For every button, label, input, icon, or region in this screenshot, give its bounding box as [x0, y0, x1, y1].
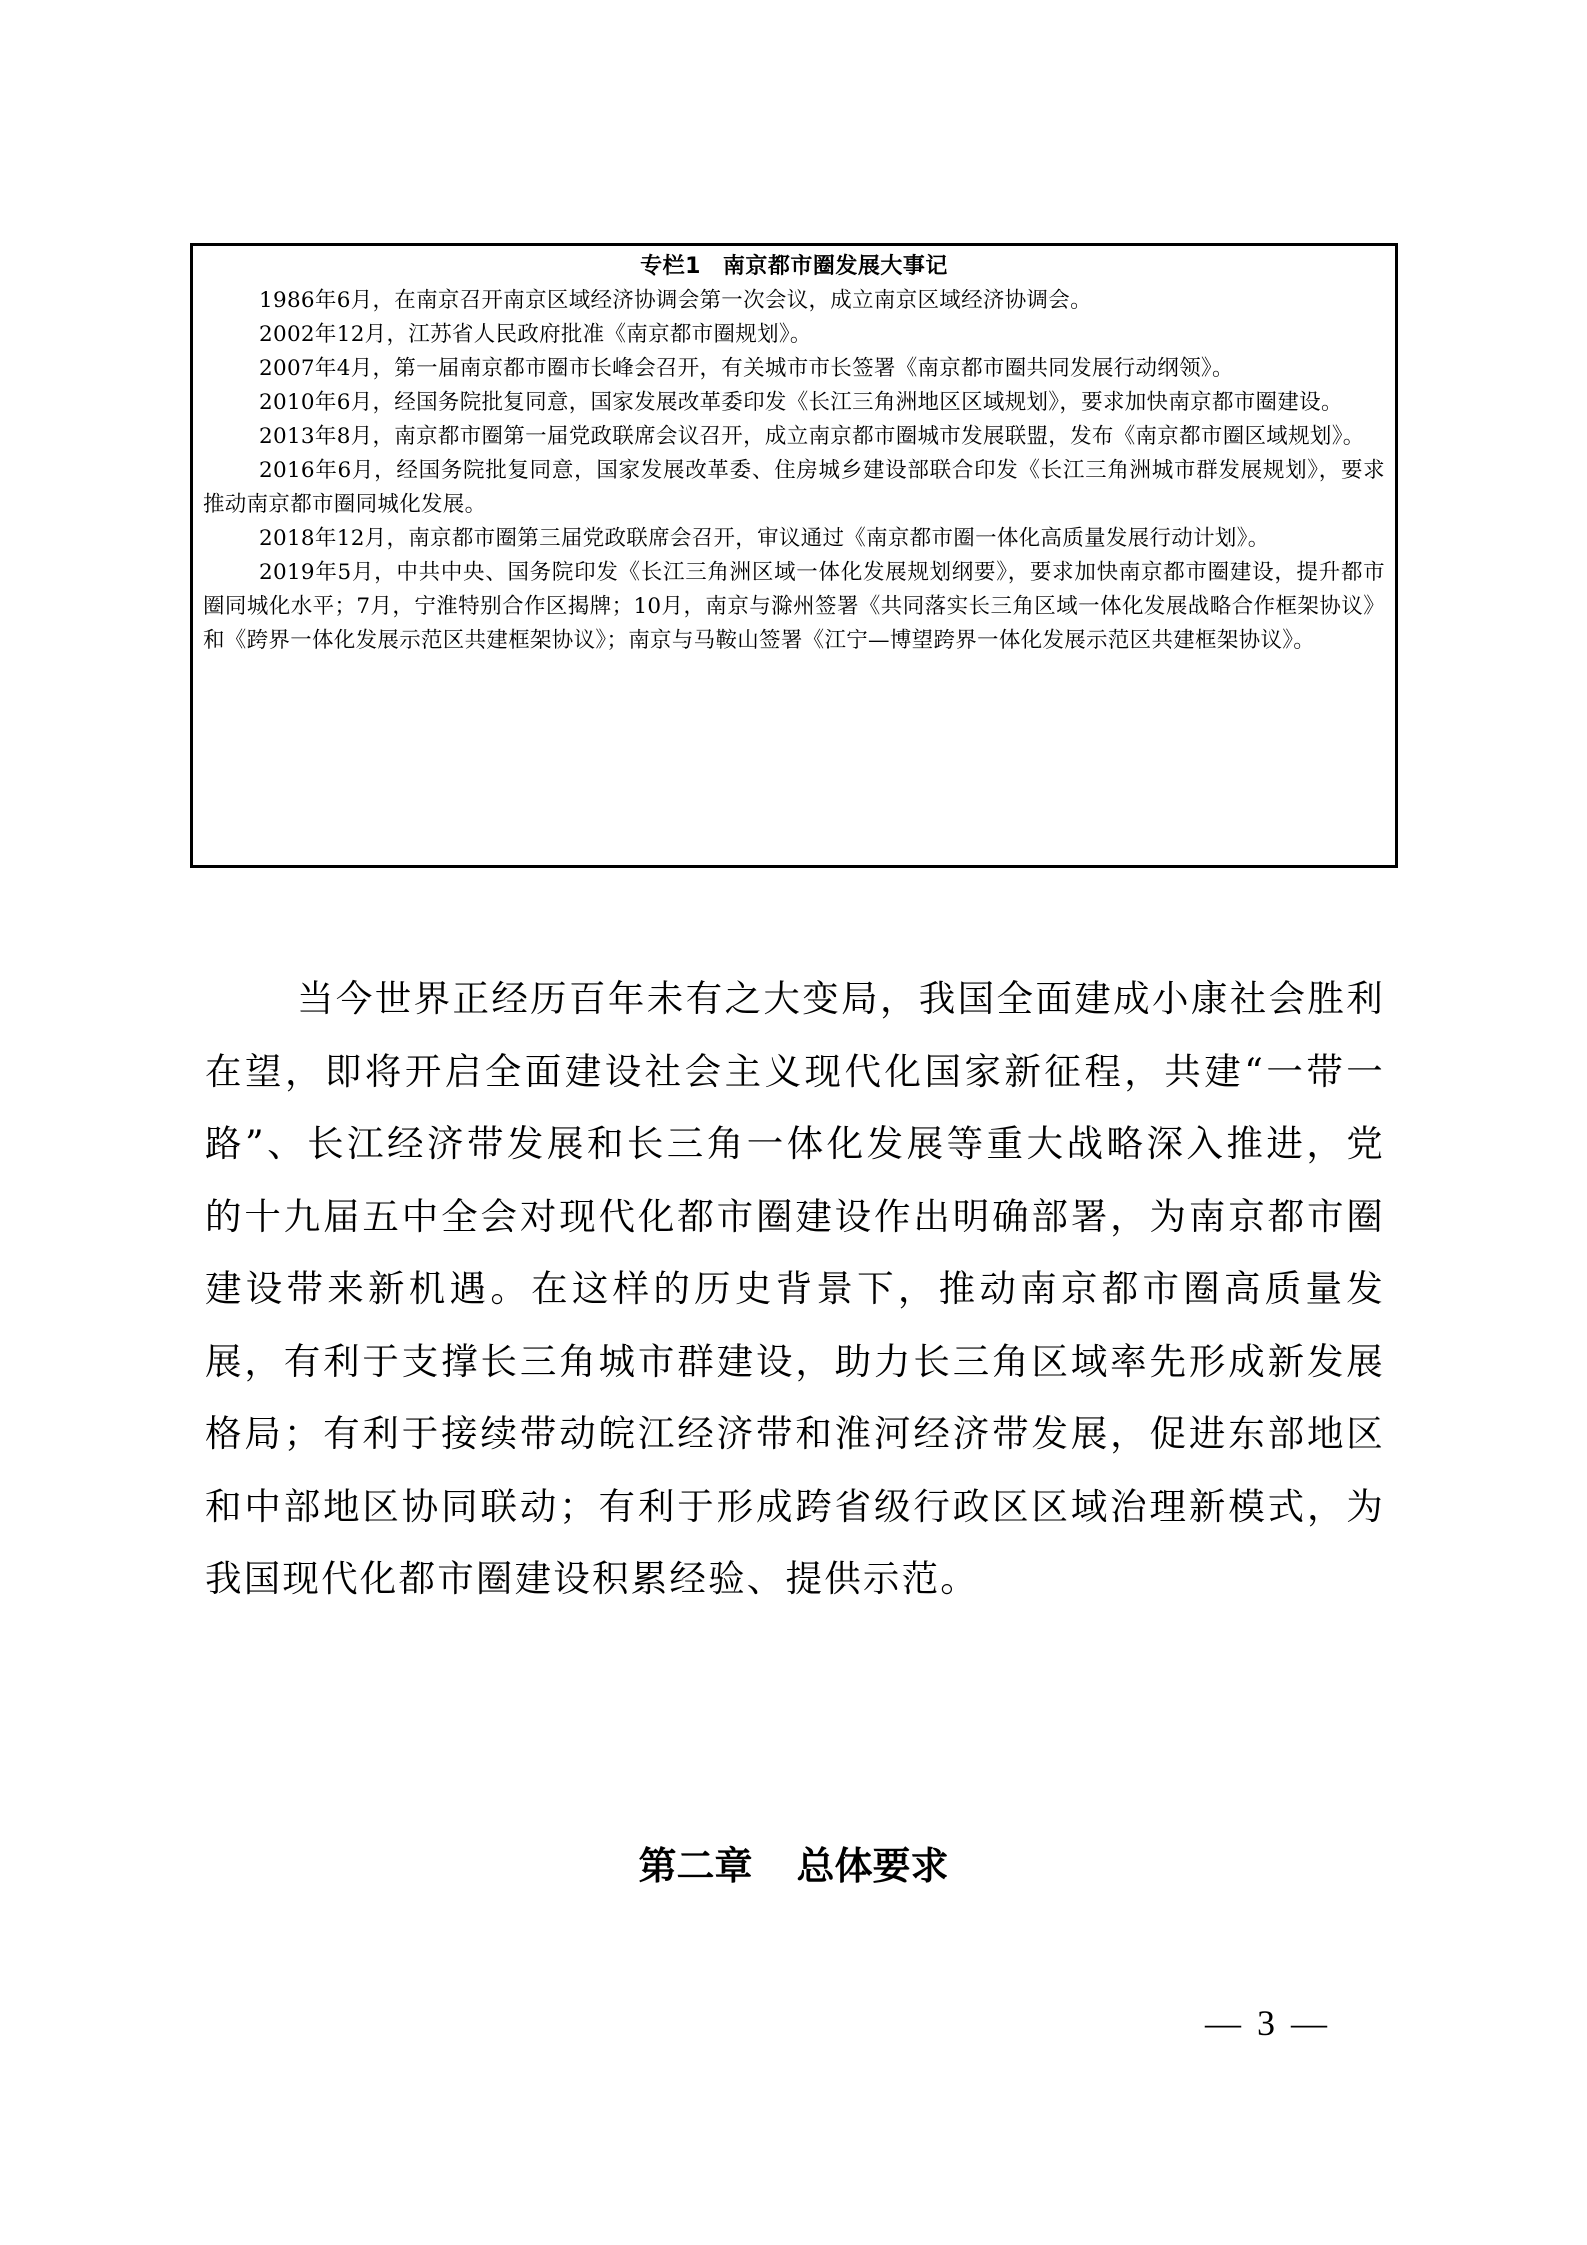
body-text: 当今世界正经历百年未有之大变局，我国全面建成小康社会胜利在望，即将开启全面建设社… — [205, 963, 1385, 1616]
milestone-entry: 2002年12月，江苏省人民政府批准《南京都市圈规划》。 — [203, 318, 1385, 352]
milestone-entry: 2007年4月，第一届南京都市圈市长峰会召开，有关城市市长签署《南京都市圈共同发… — [203, 352, 1385, 386]
chapter-heading: 第二章总体要求 — [0, 1836, 1587, 1896]
milestone-entry: 2016年6月，经国务院批复同意，国家发展改革委、住房城乡建设部联合印发《长江三… — [203, 454, 1385, 522]
sidebar-box-milestones: 专栏1南京都市圈发展大事记 1986年6月，在南京召开南京区域经济协调会第一次会… — [190, 243, 1398, 868]
body-paragraph: 当今世界正经历百年未有之大变局，我国全面建成小康社会胜利在望，即将开启全面建设社… — [205, 963, 1385, 1616]
milestone-entry: 1986年6月，在南京召开南京区域经济协调会第一次会议，成立南京区域经济协调会。 — [203, 284, 1385, 318]
sidebar-box-heading: 南京都市圈发展大事记 — [723, 254, 948, 279]
milestone-entry: 2010年6月，经国务院批复同意，国家发展改革委印发《长江三角洲地区区域规划》，… — [203, 386, 1385, 420]
page-dash-right: — — [1291, 2003, 1327, 2043]
page-number: 3 — [1257, 2003, 1275, 2043]
page-number-footer: —3— — [1205, 2003, 1327, 2043]
milestone-entry: 2013年8月，南京都市圈第一届党政联席会议召开，成立南京都市圈城市发展联盟，发… — [203, 420, 1385, 454]
chapter-number: 第二章 — [638, 1844, 752, 1888]
milestone-entry: 2019年5月，中共中央、国务院印发《长江三角洲区域一体化发展规划纲要》，要求加… — [203, 556, 1385, 658]
page-dash-left: — — [1205, 2003, 1241, 2043]
milestone-entry: 2018年12月，南京都市圈第三届党政联席会召开，审议通过《南京都市圈一体化高质… — [203, 522, 1385, 556]
sidebar-box-label: 专栏1 — [640, 254, 701, 279]
sidebar-box-title: 专栏1南京都市圈发展大事记 — [203, 250, 1385, 284]
chapter-title: 总体要求 — [797, 1844, 949, 1888]
